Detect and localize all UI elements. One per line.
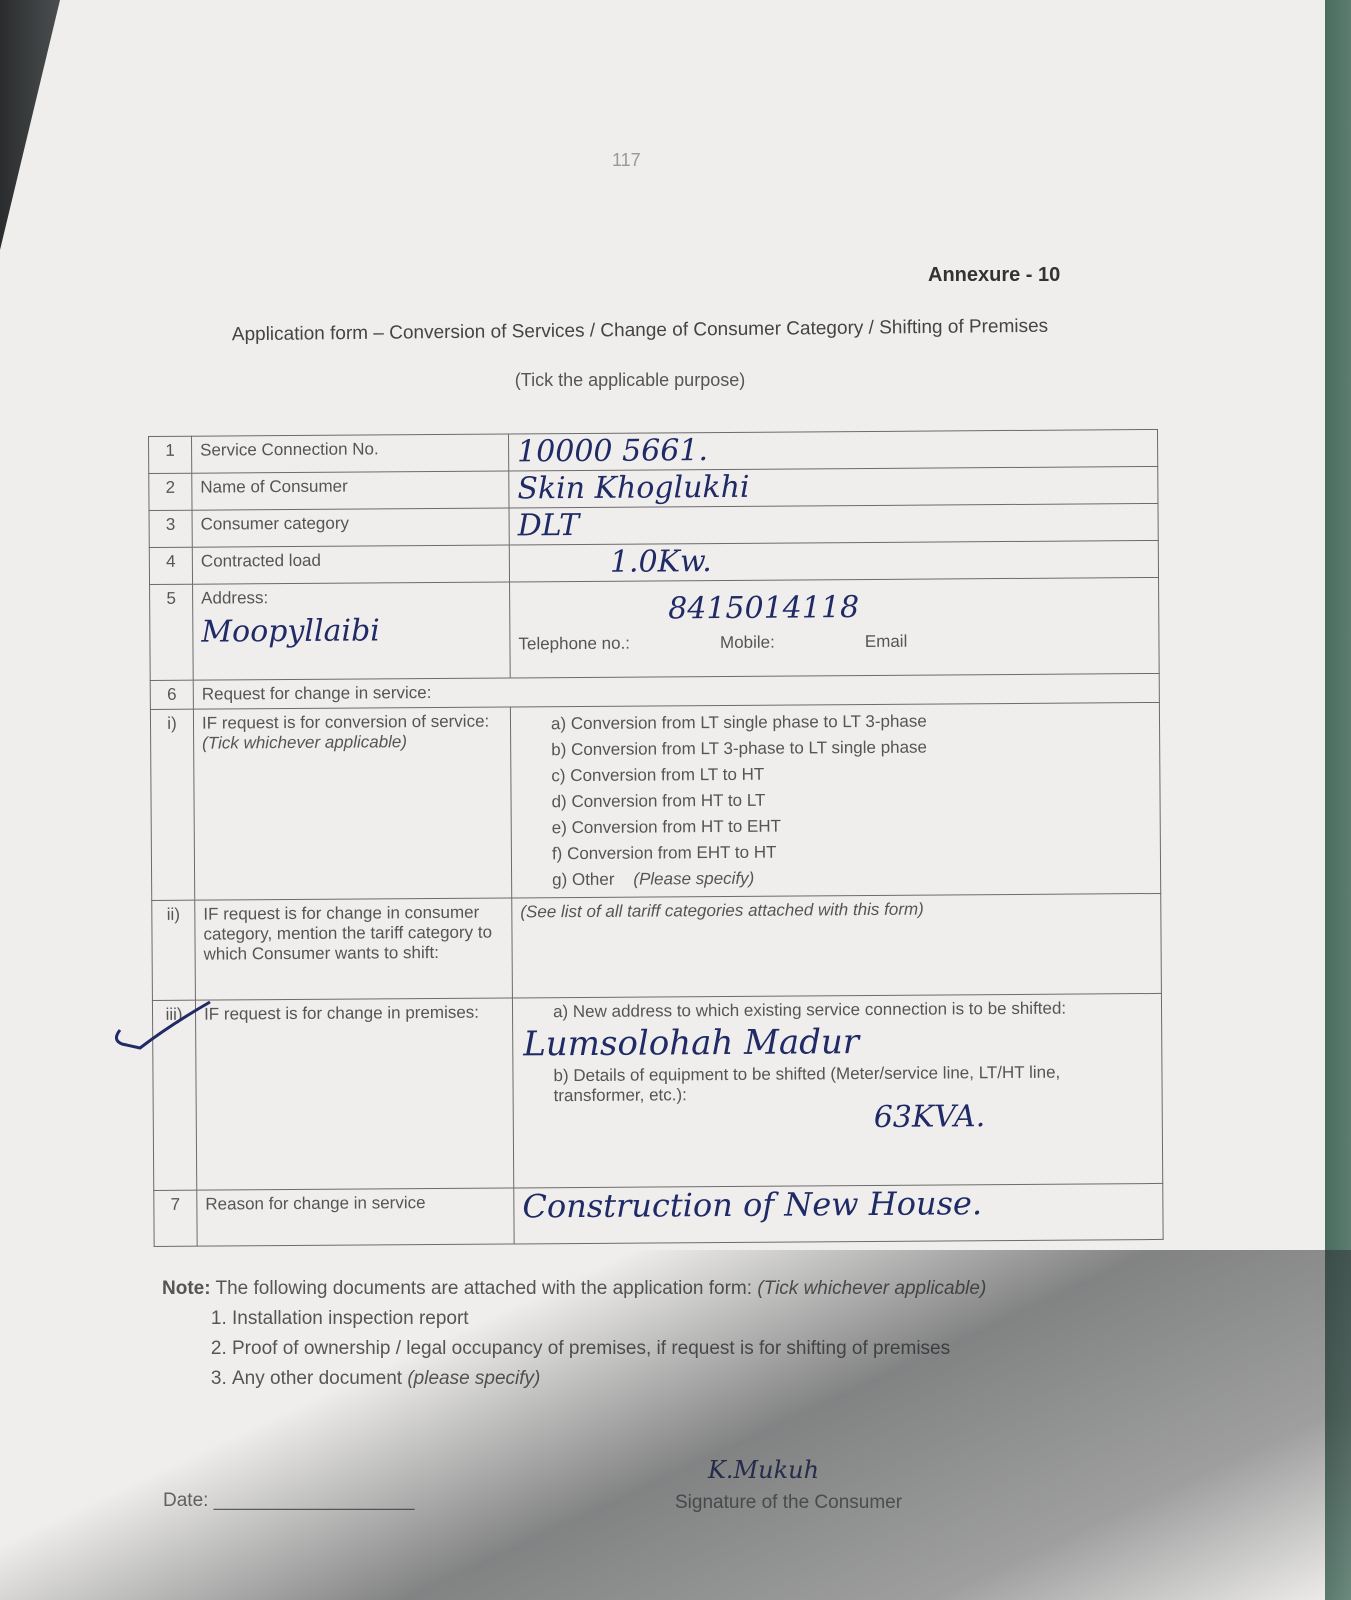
new-address-label: a) New address to which existing service… xyxy=(553,998,1153,1022)
table-row: 7 Reason for change in service Construct… xyxy=(154,1183,1163,1246)
document-item[interactable]: Any other document (please specify) xyxy=(232,1364,1092,1394)
field-label: Consumer category xyxy=(192,508,509,547)
field-label: Service Connection No. xyxy=(192,434,509,473)
page-number: 117 xyxy=(612,150,641,171)
consumer-name-value[interactable]: Skin Khoglukhi xyxy=(517,470,749,507)
telephone-label: Telephone no.: xyxy=(518,634,630,655)
note-hint: (Tick whichever applicable) xyxy=(757,1278,986,1299)
address-value[interactable]: Moopyllaibi xyxy=(201,617,501,647)
row-number: i) xyxy=(150,709,194,900)
documents-note: Note: The following documents are attach… xyxy=(162,1274,1092,1394)
annexure-label: Annexure - 10 xyxy=(928,264,1060,287)
row-number: 4 xyxy=(149,547,192,584)
new-address-value[interactable]: Lumsolohah Madur xyxy=(523,1026,1153,1058)
table-row: ii) IF request is for change in consumer… xyxy=(152,893,1162,1000)
reason-value[interactable]: Construction of New House. xyxy=(522,1184,982,1225)
note-text: The following documents are attached wit… xyxy=(216,1278,753,1299)
form-subtitle: (Tick the applicable purpose) xyxy=(200,370,1060,391)
email-label: Email xyxy=(865,632,908,652)
row-number: 1 xyxy=(149,436,192,473)
document-item[interactable]: Proof of ownership / legal occupancy of … xyxy=(232,1334,1092,1364)
row-number: 3 xyxy=(149,510,192,547)
table-row: i) IF request is for conversion of servi… xyxy=(150,702,1160,900)
application-form-table: 1 Service Connection No. 10000 5661. 2 N… xyxy=(148,429,1164,1247)
service-connection-no-value[interactable]: 10000 5661. xyxy=(517,433,708,469)
field-label: Address: xyxy=(201,587,501,609)
tariff-note: (See list of all tariff categories attac… xyxy=(512,893,1162,998)
consumer-category-value[interactable]: DLT xyxy=(518,508,580,543)
note-prefix: Note: xyxy=(162,1278,211,1299)
signature-label: Signature of the Consumer xyxy=(675,1492,902,1514)
contracted-load-value[interactable]: 1.0Kw. xyxy=(610,544,712,580)
field-label: IF request is for change in premises: xyxy=(195,998,513,1190)
signature: K.Mukuh xyxy=(708,1456,819,1484)
row-number: ii) xyxy=(152,900,196,1000)
table-row: 5 Address: Moopyllaibi 8415014118 Teleph… xyxy=(150,577,1160,680)
option-g[interactable]: g) Other xyxy=(552,870,614,889)
row-number: 2 xyxy=(149,473,192,510)
equipment-label: b) Details of equipment to be shifted (M… xyxy=(553,1062,1153,1106)
field-label: Reason for change in service xyxy=(197,1188,514,1246)
document-item[interactable]: Installation inspection report xyxy=(232,1304,1092,1334)
row-number: 6 xyxy=(150,680,193,709)
row-number: 7 xyxy=(154,1190,197,1246)
equipment-value[interactable]: 63KVA. xyxy=(874,1102,1154,1132)
field-label: IF request is for change in consumer cat… xyxy=(195,898,513,1000)
mobile-label: Mobile: xyxy=(720,633,775,653)
mobile-value[interactable]: 8415014118 xyxy=(668,592,1150,623)
field-label: Name of Consumer xyxy=(192,471,509,510)
field-label: IF request is for conversion of service: xyxy=(202,712,502,734)
checkmark-icon xyxy=(110,1000,220,1060)
field-label: Contracted load xyxy=(192,545,509,584)
other-hint: (Please specify) xyxy=(633,869,754,889)
row-number: 5 xyxy=(150,584,194,680)
table-row: iii) IF request is for change in premise… xyxy=(152,993,1162,1190)
field-hint: (Tick whichever applicable) xyxy=(202,732,502,754)
date-field[interactable]: Date: ___________________ xyxy=(163,1490,414,1512)
